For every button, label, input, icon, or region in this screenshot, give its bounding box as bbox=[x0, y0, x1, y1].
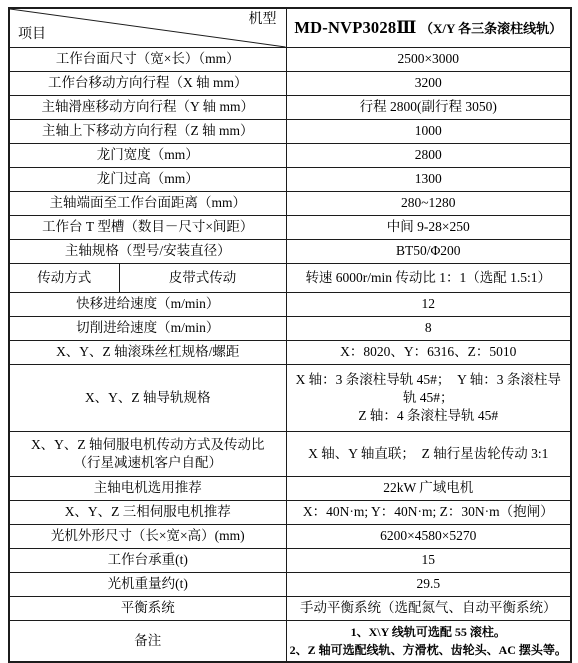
table-row: 工作台面尺寸（宽×长）（mm） 2500×3000 bbox=[9, 48, 571, 72]
row-value: 280~1280 bbox=[286, 192, 571, 216]
row-value: X：40N·m; Y：40N·m; Z：30N·m（抱闸） bbox=[286, 501, 571, 525]
table-row-remarks: 备注 1、X\Y 线轨可选配 55 滚柱。 2、Z 轴可选配线轨、方滑枕、齿轮头… bbox=[9, 621, 571, 663]
row-value: 1000 bbox=[286, 120, 571, 144]
diagonal-divider-line bbox=[10, 9, 286, 47]
row-label: X、Y、Z 轴伺服电机传动方式及传动比 （行星减速机客户自配） bbox=[9, 432, 286, 477]
row-label: 平衡系统 bbox=[9, 597, 286, 621]
rail-spec-line-1: X 轴：3 条滚柱导轨 45#； Y 轴：3 条滚柱导轨 45#； bbox=[290, 371, 568, 407]
model-header-cell: MD-NVP3028Ⅲ （X/Y 各三条滚柱线轨） bbox=[286, 8, 571, 48]
row-label: 龙门宽度（mm） bbox=[9, 144, 286, 168]
row-value: 手动平衡系统（选配氮气、自动平衡系统） bbox=[286, 597, 571, 621]
table-row: 工作台 T 型槽（数目－尺寸×间距） 中间 9-28×250 bbox=[9, 216, 571, 240]
row-value: 29.5 bbox=[286, 573, 571, 597]
row-label: X、Y、Z 轴滚珠丝杠规格/螺距 bbox=[9, 341, 286, 365]
row-value: 12 bbox=[286, 293, 571, 317]
row-label: X、Y、Z 轴导轨规格 bbox=[9, 365, 286, 432]
row-label: 光机重量约(t) bbox=[9, 573, 286, 597]
corner-label-item: 项目 bbox=[18, 26, 46, 45]
model-suffix: （X/Y 各三条滚柱线轨） bbox=[420, 21, 562, 36]
row-label: 工作台 T 型槽（数目－尺寸×间距） bbox=[9, 216, 286, 240]
table-row: 龙门过高（mm） 1300 bbox=[9, 168, 571, 192]
row-value: 3200 bbox=[286, 72, 571, 96]
servo-label-line-2: （行星减速机客户自配） bbox=[13, 454, 283, 472]
row-label: 工作台移动方向行程（X 轴 mm） bbox=[9, 72, 286, 96]
corner-label-model: 机型 bbox=[249, 11, 277, 30]
row-value: 2800 bbox=[286, 144, 571, 168]
spec-sheet-page: 机型 项目 MD-NVP3028Ⅲ （X/Y 各三条滚柱线轨） 工作台面尺寸（宽… bbox=[0, 0, 578, 659]
row-label: 主轴规格（型号/安装直径） bbox=[9, 240, 286, 264]
table-row: 工作台承重(t) 15 bbox=[9, 549, 571, 573]
row-label: 主轴滑座移动方向行程（Y 轴 mm） bbox=[9, 96, 286, 120]
table-row: 主轴端面至工作台面距离（mm） 280~1280 bbox=[9, 192, 571, 216]
table-row: 切削进给速度（m/min） 8 bbox=[9, 317, 571, 341]
row-label: 工作台面尺寸（宽×长）（mm） bbox=[9, 48, 286, 72]
row-value: 15 bbox=[286, 549, 571, 573]
table-row: 光机外形尺寸（长×宽×高）(mm) 6200×4580×5270 bbox=[9, 525, 571, 549]
remark-line-1: 1、X\Y 线轨可选配 55 滚柱。 bbox=[290, 624, 568, 640]
table-row: 工作台移动方向行程（X 轴 mm） 3200 bbox=[9, 72, 571, 96]
row-value: 2500×3000 bbox=[286, 48, 571, 72]
row-value: 8 bbox=[286, 317, 571, 341]
row-label: 备注 bbox=[9, 621, 286, 663]
row-value: X 轴、Y 轴直联； Z 轴行星齿轮传动 3:1 bbox=[286, 432, 571, 477]
header-row: 机型 项目 MD-NVP3028Ⅲ （X/Y 各三条滚柱线轨） bbox=[9, 8, 571, 48]
corner-cell: 机型 项目 bbox=[9, 8, 286, 48]
row-label: 龙门过高（mm） bbox=[9, 168, 286, 192]
row-label: 工作台承重(t) bbox=[9, 549, 286, 573]
row-label: 光机外形尺寸（长×宽×高）(mm) bbox=[9, 525, 286, 549]
model-code: MD-NVP3028Ⅲ bbox=[294, 18, 416, 37]
row-label: 主轴电机选用推荐 bbox=[9, 477, 286, 501]
table-row-servo-transmission: X、Y、Z 轴伺服电机传动方式及传动比 （行星减速机客户自配） X 轴、Y 轴直… bbox=[9, 432, 571, 477]
row-label: 快移进给速度（m/min） bbox=[9, 293, 286, 317]
table-row: 主轴滑座移动方向行程（Y 轴 mm） 行程 2800(副行程 3050) bbox=[9, 96, 571, 120]
row-label: 主轴上下移动方向行程（Z 轴 mm） bbox=[9, 120, 286, 144]
row-label-transmission-type: 传动方式 bbox=[9, 264, 119, 293]
row-value-remarks: 1、X\Y 线轨可选配 55 滚柱。 2、Z 轴可选配线轨、方滑枕、齿轮头、AC… bbox=[286, 621, 571, 663]
table-row-transmission: 传动方式 皮带式传动 转速 6000r/min 传动比 1：1（选配 1.5:1… bbox=[9, 264, 571, 293]
row-value: 22kW 广域电机 bbox=[286, 477, 571, 501]
table-row: 主轴电机选用推荐 22kW 广域电机 bbox=[9, 477, 571, 501]
table-row: 主轴规格（型号/安装直径） BT50/Φ200 bbox=[9, 240, 571, 264]
table-row: X、Y、Z 三相伺服电机推荐 X：40N·m; Y：40N·m; Z：30N·m… bbox=[9, 501, 571, 525]
table-row: 平衡系统 手动平衡系统（选配氮气、自动平衡系统） bbox=[9, 597, 571, 621]
row-label: X、Y、Z 三相伺服电机推荐 bbox=[9, 501, 286, 525]
table-row-guide-rail: X、Y、Z 轴导轨规格 X 轴：3 条滚柱导轨 45#； Y 轴：3 条滚柱导轨… bbox=[9, 365, 571, 432]
remark-line-2: 2、Z 轴可选配线轨、方滑枕、齿轮头、AC 摆头等。 bbox=[290, 642, 568, 658]
row-value: 6200×4580×5270 bbox=[286, 525, 571, 549]
spec-table: 机型 项目 MD-NVP3028Ⅲ （X/Y 各三条滚柱线轨） 工作台面尺寸（宽… bbox=[8, 7, 572, 663]
row-value: BT50/Φ200 bbox=[286, 240, 571, 264]
row-label: 切削进给速度（m/min） bbox=[9, 317, 286, 341]
row-value: 中间 9-28×250 bbox=[286, 216, 571, 240]
row-value: 行程 2800(副行程 3050) bbox=[286, 96, 571, 120]
row-value: X：8020、Y：6316、Z：5010 bbox=[286, 341, 571, 365]
table-row: 光机重量约(t) 29.5 bbox=[9, 573, 571, 597]
table-row: 主轴上下移动方向行程（Z 轴 mm） 1000 bbox=[9, 120, 571, 144]
table-row: 龙门宽度（mm） 2800 bbox=[9, 144, 571, 168]
row-value: 转速 6000r/min 传动比 1：1（选配 1.5:1） bbox=[286, 264, 571, 293]
row-value: X 轴：3 条滚柱导轨 45#； Y 轴：3 条滚柱导轨 45#； Z 轴：4 … bbox=[286, 365, 571, 432]
row-value: 1300 bbox=[286, 168, 571, 192]
row-label: 主轴端面至工作台面距离（mm） bbox=[9, 192, 286, 216]
table-row: 快移进给速度（m/min） 12 bbox=[9, 293, 571, 317]
servo-label-line-1: X、Y、Z 轴伺服电机传动方式及传动比 bbox=[13, 436, 283, 454]
table-row: X、Y、Z 轴滚珠丝杠规格/螺距 X：8020、Y：6316、Z：5010 bbox=[9, 341, 571, 365]
row-label-belt-drive: 皮带式传动 bbox=[119, 264, 286, 293]
rail-spec-line-2: Z 轴：4 条滚柱导轨 45# bbox=[290, 407, 568, 425]
